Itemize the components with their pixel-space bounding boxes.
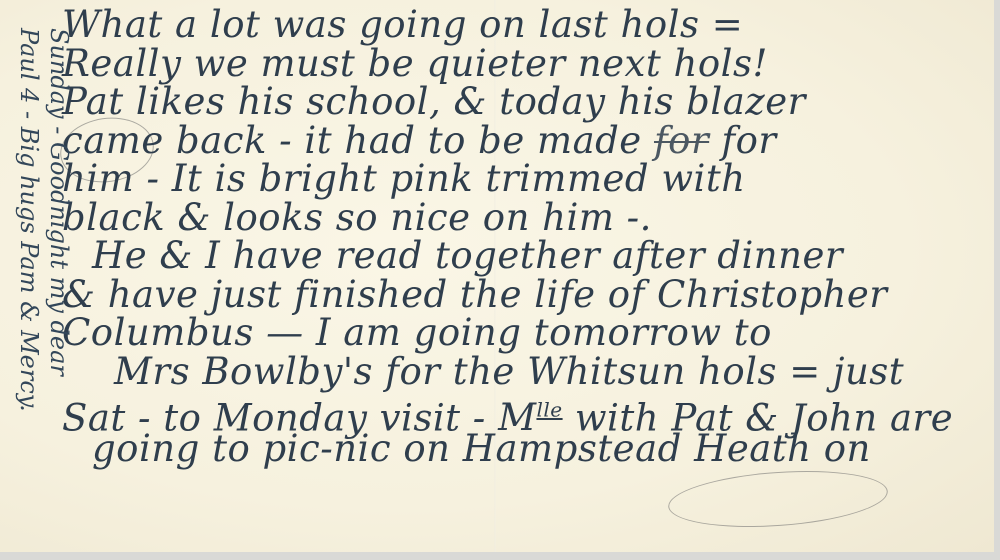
letter-line: Pat likes his school, & today his blazer (62, 83, 982, 122)
letter-line: What a lot was going on last hols = (62, 6, 982, 45)
margin-note-line: Paul 4 - Big hugs Pam & Mercy. (14, 28, 44, 528)
struck-word: for (654, 119, 709, 162)
letter-line-end: for (721, 119, 776, 162)
letter-line: & have just finished the life of Christo… (62, 276, 982, 315)
mlle-superscript: lle (536, 398, 562, 422)
letter-line: He & I have read together after dinner (62, 237, 982, 276)
letter-page: What a lot was going on last hols = Real… (0, 0, 994, 552)
margin-note-vertical: Sunday - Goodnight my dear Paul 4 - Big … (14, 28, 74, 528)
margin-note-line: Sunday - Goodnight my dear (44, 28, 74, 528)
letter-line: came back - it had to be made for for (62, 122, 982, 161)
letter-line: black & looks so nice on him -. (62, 199, 982, 238)
letter-line: Sat - to Monday visit - Mlle with Pat & … (62, 391, 982, 430)
letter-line: going to pic-nic on Hampstead Heath on (62, 430, 982, 469)
letter-line-text: came back - it had to be made (62, 119, 642, 162)
letter-line: him - It is bright pink trimmed with (62, 160, 982, 199)
letter-line: Mrs Bowlby's for the Whitsun hols = just (62, 353, 982, 392)
pencil-circle-pat-john (666, 464, 889, 533)
letter-body: What a lot was going on last hols = Real… (62, 6, 982, 468)
letter-line: Really we must be quieter next hols! (62, 45, 982, 84)
letter-line: Columbus — I am going tomorrow to (62, 314, 982, 353)
